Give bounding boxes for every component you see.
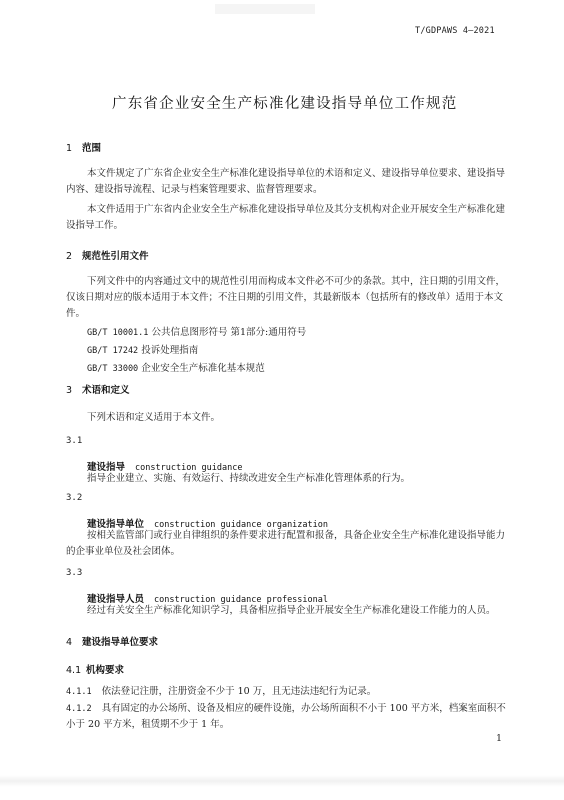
term-definition: 经过有关安全生产标准化知识学习，具备相应指导企业开展安全生产标准化建设工作能力的… <box>87 603 527 619</box>
reference-code: GB/T 10001.1 <box>87 328 148 338</box>
section-2-heading: 2规范性引用文件 <box>66 248 149 262</box>
section-title: 术语和定义 <box>82 385 130 396</box>
reference-title: 企业安全生产标准化基本规范 <box>141 363 265 374</box>
reference-code: GB/T 33000 <box>87 364 138 374</box>
clause-item-number: 4.1.1 <box>66 687 92 697</box>
page-number: 1 <box>496 733 502 744</box>
clause-number: 3.1 <box>66 436 82 446</box>
section-title: 规范性引用文件 <box>82 251 149 262</box>
scan-artifact <box>0 775 564 787</box>
section-number: 1 <box>66 143 82 154</box>
section-3-heading: 3术语和定义 <box>66 382 130 396</box>
clause-number: 3.3 <box>66 568 82 578</box>
clause-item-text: 具有固定的办公场所、设备及相应的硬件设施，办公场所面积不小于 100 平方米，档… <box>66 703 506 730</box>
section-1-paragraph-2: 本文件适用于广东省内企业安全生产标准化建设指导单位及其分支机构对企业开展安全生产… <box>66 202 506 234</box>
document-title: 广东省企业安全生产标准化建设指导单位工作规范 <box>112 92 457 113</box>
term-definition: 指导企业建立、实施、有效运行、持续改进安全生产标准化管理体系的行为。 <box>87 471 507 487</box>
reference-title: 公共信息图形符号 第1部分:通用符号 <box>151 327 306 338</box>
section-number: 4 <box>66 637 82 648</box>
section-4-heading: 4建设指导单位要求 <box>66 634 158 648</box>
document-code: T/GDPAWS 4—2021 <box>415 26 495 36</box>
reference-title: 投诉处理指南 <box>141 345 198 356</box>
reference-item: GB/T 33000 企业安全生产标准化基本规范 <box>87 360 265 374</box>
reference-item: GB/T 17242 投诉处理指南 <box>87 342 198 356</box>
term-definition: 按相关监管部门或行业自律组织的条件要求进行配置和报备，具备企业安全生产标准化建设… <box>66 528 506 560</box>
section-1-paragraph-1: 本文件规定了广东省企业安全生产标准化建设指导单位的术语和定义、建设指导单位要求、… <box>66 166 506 198</box>
subsection-number: 4.1 <box>66 665 86 676</box>
clause-item: 4.1.1依法登记注册，注册资金不少于 10 万，且无违法违纪行为记录。 <box>66 684 506 700</box>
clause-item-number: 4.1.2 <box>66 704 92 714</box>
reference-item: GB/T 10001.1 公共信息图形符号 第1部分:通用符号 <box>87 324 306 338</box>
subsection-title: 机构要求 <box>86 665 124 676</box>
section-2-paragraph: 下列文件中的内容通过文中的规范性引用而构成本文件必不可少的条款。其中，注日期的引… <box>66 274 506 322</box>
section-1-heading: 1范围 <box>66 140 101 154</box>
clause-item-text: 依法登记注册，注册资金不少于 10 万，且无违法违纪行为记录。 <box>102 686 377 697</box>
section-number: 2 <box>66 251 82 262</box>
section-title: 建设指导单位要求 <box>82 637 158 648</box>
subsection-4-1-heading: 4.1机构要求 <box>66 662 124 676</box>
scan-artifact <box>215 4 315 14</box>
reference-code: GB/T 17242 <box>87 346 138 356</box>
section-title: 范围 <box>82 143 101 154</box>
clause-number: 3.2 <box>66 493 82 503</box>
section-3-intro: 下列术语和定义适用于本文件。 <box>87 410 387 426</box>
section-number: 3 <box>66 385 82 396</box>
document-page: T/GDPAWS 4—2021 广东省企业安全生产标准化建设指导单位工作规范 1… <box>0 0 564 800</box>
clause-item: 4.1.2具有固定的办公场所、设备及相应的硬件设施，办公场所面积不小于 100 … <box>66 701 506 733</box>
